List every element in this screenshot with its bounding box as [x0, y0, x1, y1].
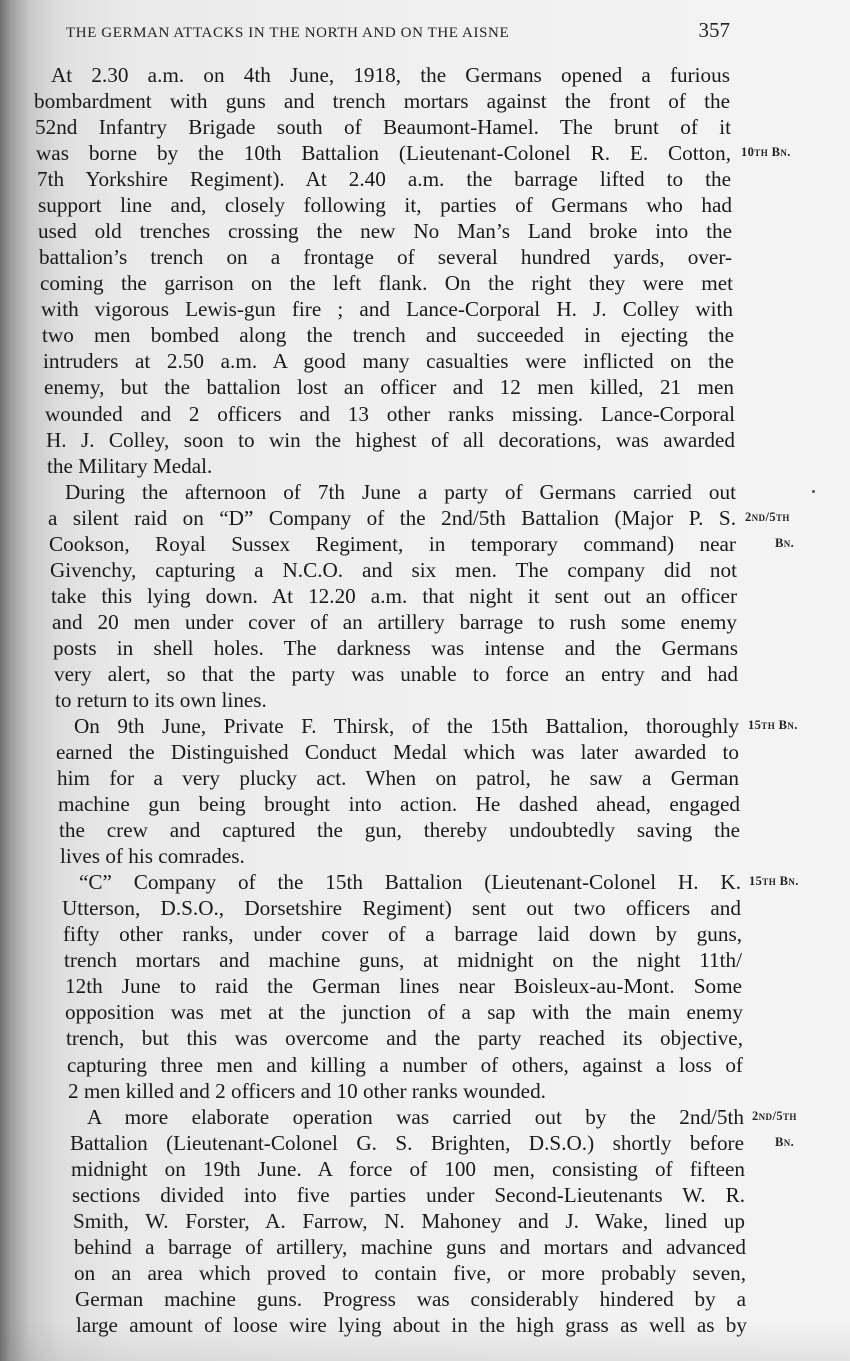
text-line: 2 men killed and 2 officers and 10 other… — [68, 1078, 744, 1104]
text-line: trench, but this was overcome and the pa… — [66, 1025, 743, 1051]
text-line: H. J. Colley, soon to win the highest of… — [46, 427, 735, 453]
paragraph-first-line: On 9th June, Private F. Thirsk, of the 1… — [74, 713, 739, 739]
paragraph-first-line: A more elaborate operation was carried o… — [87, 1104, 744, 1130]
text-line: lives of his comrades. — [60, 843, 741, 869]
text-line: used old trenches crossing the new No Ma… — [38, 218, 732, 244]
margin-note: Bn. — [775, 536, 794, 551]
text-line: 7th Yorkshire Regiment). At 2.40 a.m. th… — [37, 166, 731, 192]
text-line: earned the Distinguished Conduct Medal w… — [56, 739, 739, 765]
text-line: posts in shell holes. The darkness was i… — [53, 635, 738, 661]
page-number: 357 — [699, 18, 731, 43]
page-header: THE GERMAN ATTACKS IN THE NORTH AND ON T… — [66, 18, 730, 48]
text-line: battalion’s trench on a frontage of seve… — [39, 244, 732, 270]
paragraph-first-line: At 2.30 a.m. on 4th June, 1918, the Germ… — [51, 62, 730, 88]
text-line: behind a barrage of artillery, machine g… — [74, 1234, 746, 1260]
margin-note: 2nd/5th — [752, 1109, 797, 1124]
text-line: capturing three men and killing a number… — [67, 1052, 743, 1078]
paragraph-first-line: During the afternoon of 7th June a party… — [65, 479, 736, 505]
text-line: trench mortars and machine guns, at midn… — [64, 947, 742, 973]
text-line: take this lying down. At 12.20 a.m. that… — [51, 583, 737, 609]
text-line: large amount of loose wire lying about i… — [76, 1312, 747, 1338]
text-line: with vigorous Lewis-gun fire ; and Lance… — [41, 296, 733, 322]
text-line: very alert, so that the party was unable… — [54, 661, 738, 687]
text-line: German machine guns. Progress was consid… — [75, 1286, 746, 1312]
text-line: intruders at 2.50 a.m. A good many casua… — [43, 348, 734, 374]
text-line: on an area which proved to contain five,… — [74, 1260, 746, 1286]
text-line: sections divided into five parties under… — [72, 1182, 745, 1208]
print-speck — [812, 490, 815, 493]
text-line: 12th June to raid the German lines near … — [65, 973, 742, 999]
text-line: him for a very plucky act. When on patro… — [57, 765, 739, 791]
text-line: was borne by the 10th Battalion (Lieuten… — [36, 140, 731, 166]
paragraph-first-line: “C” Company of the 15th Battalion (Lieut… — [79, 869, 741, 895]
text-line: Cookson, Royal Sussex Regiment, in tempo… — [49, 531, 736, 557]
text-line: machine gun being brought into action. H… — [58, 791, 740, 817]
margin-note: 2nd/5th — [745, 510, 790, 525]
text-line: Battalion (Lieutenant-Colonel G. S. Brig… — [70, 1130, 744, 1156]
text-line: 52nd Infantry Brigade south of Beaumont-… — [35, 114, 731, 140]
text-line: and 20 men under cover of an artillery b… — [52, 609, 737, 635]
text-line: coming the garrison on the left flank. O… — [40, 270, 733, 296]
text-line: fifty other ranks, under cover of a barr… — [63, 921, 742, 947]
margin-note: 15th Bn. — [748, 718, 798, 733]
running-title: THE GERMAN ATTACKS IN THE NORTH AND ON T… — [66, 25, 509, 42]
text-line: midnight on 19th June. A force of 100 me… — [71, 1156, 745, 1182]
text-line: wounded and 2 officers and 13 other rank… — [45, 401, 735, 427]
margin-note: 10th Bn. — [741, 145, 791, 160]
text-line: to return to its own lines. — [55, 687, 738, 713]
text-line: Smith, W. Forster, A. Farrow, N. Mahoney… — [73, 1208, 745, 1234]
margin-note: 15th Bn. — [749, 874, 799, 889]
text-line: the Military Medal. — [47, 453, 735, 479]
text-line: opposition was met at the junction of a … — [65, 999, 743, 1025]
margin-note: Bn. — [775, 1135, 794, 1150]
text-line: support line and, closely following it, … — [38, 192, 732, 218]
text-line: a silent raid on “D” Company of the 2nd/… — [48, 505, 736, 531]
text-line: Utterson, D.S.O., Dorsetshire Regiment) … — [62, 895, 741, 921]
text-line: Givenchy, capturing a N.C.O. and six men… — [50, 557, 737, 583]
text-line: two men bombed along the trench and succ… — [42, 322, 734, 348]
text-line: bombardment with guns and trench mortars… — [34, 88, 730, 114]
text-line: enemy, but the battalion lost an officer… — [44, 374, 734, 400]
text-line: the crew and captured the gun, thereby u… — [59, 817, 740, 843]
